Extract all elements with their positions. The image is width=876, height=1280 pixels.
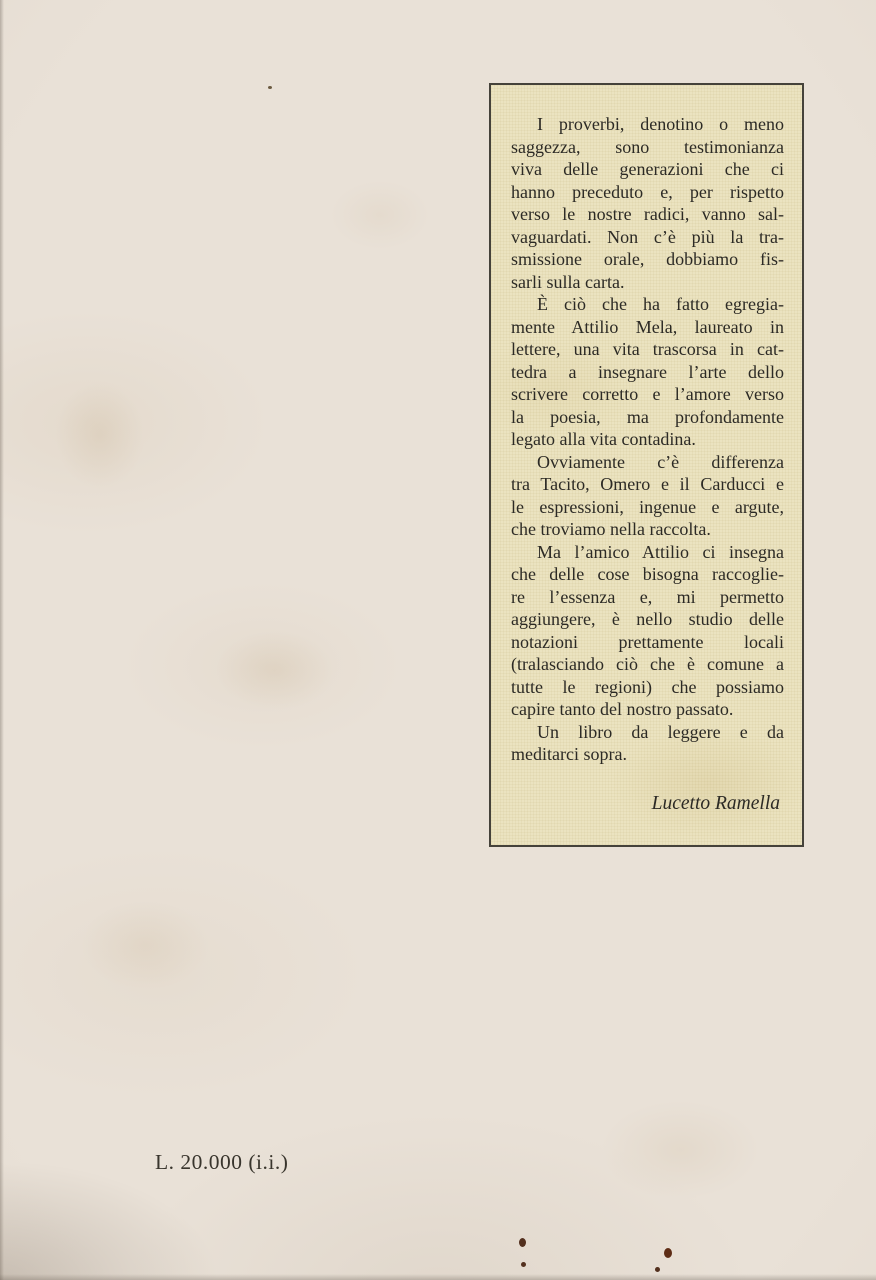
aging-stain [330,180,430,250]
blurb-paragraph: È ciò che ha fatto egregia-mente Attilio… [511,293,784,451]
blurb-line: verso le nostre radici, vanno sal- [511,203,784,226]
blurb-line: che troviamo nella raccolta. [511,518,784,541]
foxing-speck [521,1262,526,1267]
blurb-line: I proverbi, denotino o meno [511,113,784,136]
blurb-line: legato alla vita contadina. [511,428,784,451]
blurb-line: le espressioni, ingenue e argute, [511,496,784,519]
blurb-line: È ciò che ha fatto egregia- [511,293,784,316]
book-back-cover: I proverbi, denotino o menosaggezza, son… [0,0,876,1280]
blurb-line: hanno preceduto e, per rispetto [511,181,784,204]
aging-stain [55,380,145,490]
foxing-speck [655,1267,660,1272]
scan-edge-left [0,0,4,1280]
blurb-line: viva delle generazioni che ci [511,158,784,181]
blurb-line: capire tanto del nostro passato. [511,698,784,721]
blurb-line: scrivere corretto e l’amore verso [511,383,784,406]
foxing-speck [519,1238,526,1247]
blurb-line: tedra a insegnare l’arte dello [511,361,784,384]
blurb-line: che delle cose bisogna raccoglie- [511,563,784,586]
blurb-line: sarli sulla carta. [511,271,784,294]
blurb-line: Ovviamente c’è differenza [511,451,784,474]
blurb-line: saggezza, sono testimonianza [511,136,784,159]
blurb-line: mente Attilio Mela, laureato in [511,316,784,339]
blurb-line: re l’essenza e, mi permetto [511,586,784,609]
blurb-line: smissione orale, dobbiamo fis- [511,248,784,271]
blurb-line: la poesia, ma profondamente [511,406,784,429]
signature: Lucetto Ramella [511,793,784,815]
blurb-panel: I proverbi, denotino o menosaggezza, son… [489,83,804,847]
foxing-speck [268,86,272,89]
blurb-line: aggiungere, è nello studio delle [511,608,784,631]
blurb-line: notazioni prettamente locali [511,631,784,654]
aging-stain [80,900,210,990]
blurb-line: (tralasciando ciò che è comune a [511,653,784,676]
scan-corner-shadow [0,1160,220,1280]
blurb-paragraph: Ma l’amico Attilio ci insegnache delle c… [511,541,784,721]
aging-stain [215,630,335,710]
blurb-line: Un libro da leggere e da [511,721,784,744]
foxing-speck [664,1248,672,1258]
blurb-line: vaguardati. Non c’è più la tra- [511,226,784,249]
blurb-line: tutte le regioni) che possiamo [511,676,784,699]
blurb-line: lettere, una vita trascorsa in cat- [511,338,784,361]
blurb-paragraph: Un libro da leggere e dameditarci sopra. [511,721,784,766]
blurb-paragraph: Ovviamente c’è differenzatra Tacito, Ome… [511,451,784,541]
aging-stain [600,1100,760,1200]
blurb-line: tra Tacito, Omero e il Carducci e [511,473,784,496]
blurb-paragraph: I proverbi, denotino o menosaggezza, son… [511,113,784,293]
blurb-line: meditarci sopra. [511,743,784,766]
blurb-line: Ma l’amico Attilio ci insegna [511,541,784,564]
